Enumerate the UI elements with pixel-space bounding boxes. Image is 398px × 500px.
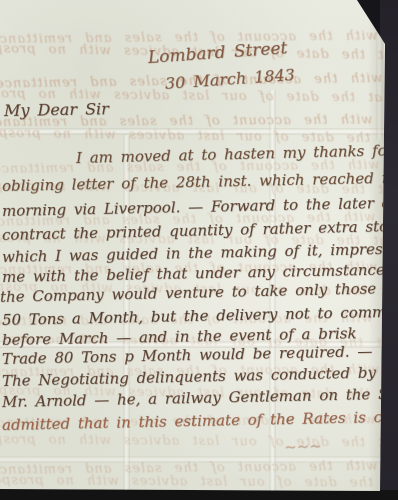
- body-line: morning via Liverpool. — Forward to the …: [2, 193, 398, 220]
- body-line: I am moved at to hasten my thanks for yo…: [76, 140, 398, 167]
- scanner-background-bottom: [0, 490, 398, 500]
- dateline-place: Lombard Street: [147, 38, 288, 68]
- body-line: contract the printed quantity of rather …: [2, 216, 398, 244]
- body-line: admitted that in this estimate of the Ra…: [2, 407, 398, 434]
- salutation: My Dear Sir: [4, 99, 109, 120]
- dateline-date: 30 March 1843: [164, 65, 295, 93]
- scanned-letter-page: { "letter": { "dateline_place": "Lombard…: [0, 0, 398, 500]
- handwriting-layer: Lombard Street 30 March 1843 My Dear Sir…: [0, 0, 398, 500]
- body-line: obliging letter of the 28th inst. which …: [2, 167, 398, 195]
- ink-smudge-mark: ~~~: [284, 437, 322, 456]
- letter-paper: and we shall be glad to hear from you by…: [0, 0, 398, 500]
